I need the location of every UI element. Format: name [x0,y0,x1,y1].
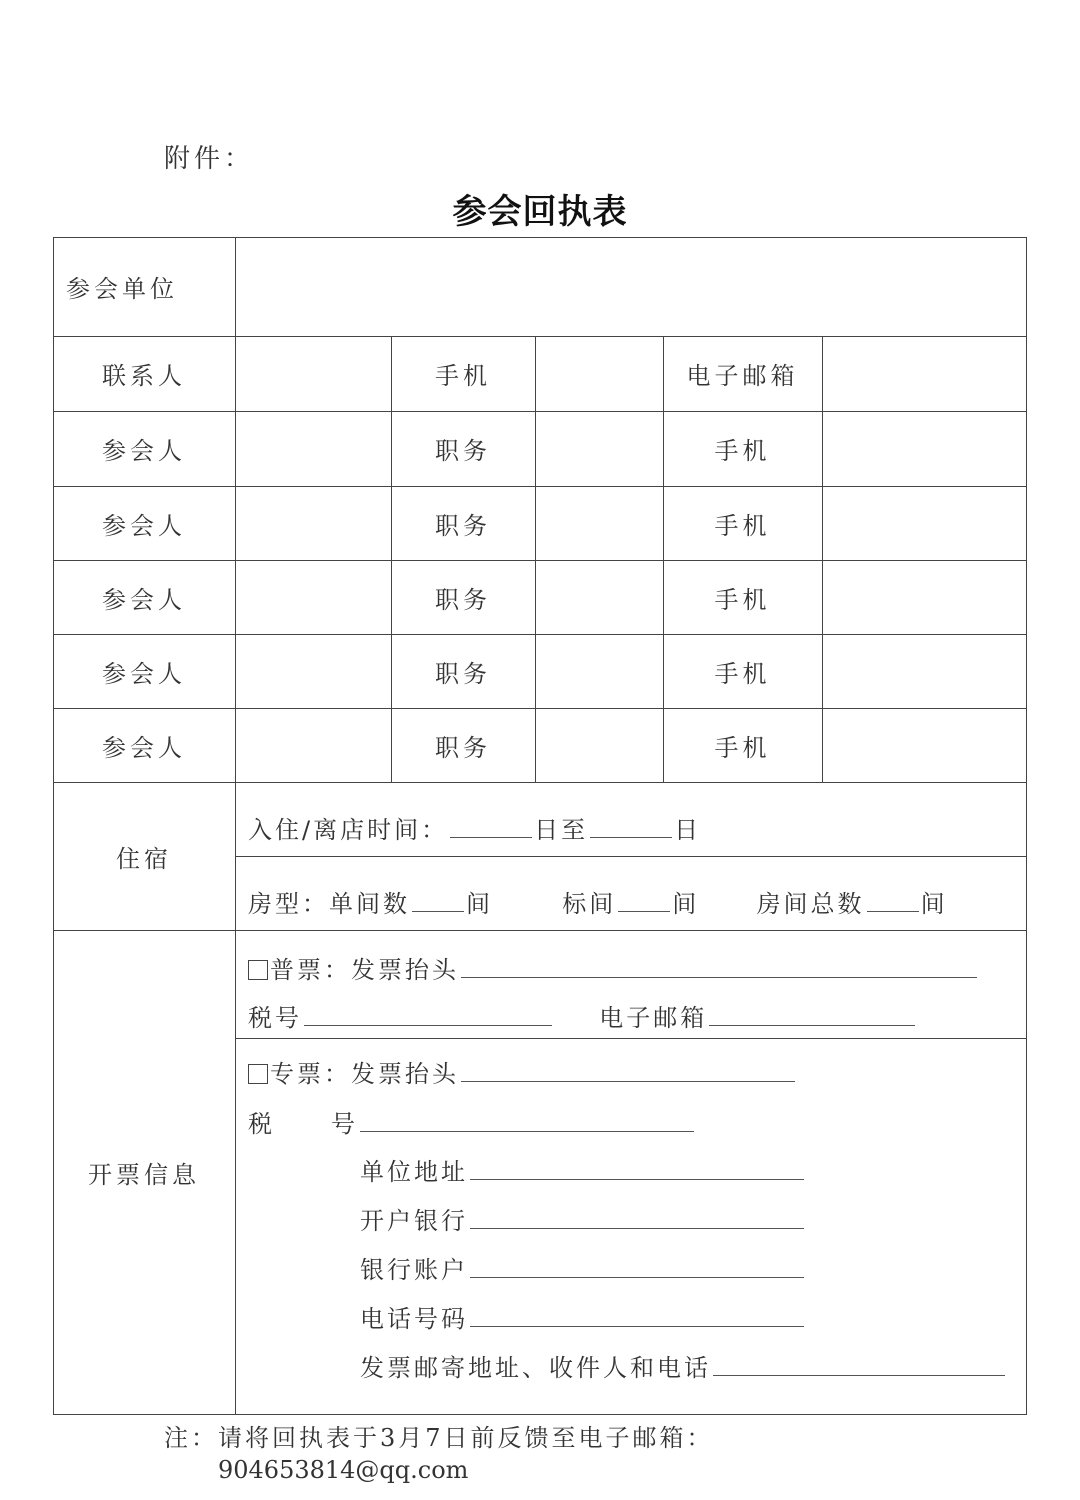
normal-email-input[interactable] [709,1003,915,1026]
account-line: 银行账户 [360,1250,806,1285]
phone-label: 手机 [663,708,822,782]
attendee-label: 参会人 [53,411,235,486]
normal-tax-input[interactable] [304,1003,552,1026]
special-tax-label-2: 号 [331,1110,358,1138]
position-label: 职务 [391,634,535,708]
phone-label: 手机 [663,560,822,634]
standard-rooms-input[interactable] [618,889,670,912]
special-invoice-line: 专票：发票抬头 [248,1054,797,1089]
attendee-label: 参会人 [53,486,235,560]
invoice-label: 开票信息 [53,930,235,1415]
phone-label: 手机 [663,486,822,560]
checkin-label: 入住/离店时间： [248,816,448,844]
total-rooms-input[interactable] [867,889,919,912]
invoice-phone-input[interactable] [470,1304,804,1327]
position-label: 职务 [391,560,535,634]
account-label: 银行账户 [360,1256,468,1284]
address-label: 单位地址 [360,1158,468,1186]
position-label: 职务 [391,486,535,560]
single-rooms-input[interactable] [412,889,464,912]
day-from-label: 日至 [534,816,588,844]
contact-phone-label: 手机 [391,336,535,411]
special-invoice-checkbox[interactable] [248,1064,268,1084]
checkout-day-input[interactable] [590,815,672,838]
attachment-label: 附件： [164,138,254,175]
lodging-label: 住宿 [53,782,235,930]
special-tax-label-1: 税 [248,1110,275,1138]
mail-input[interactable] [713,1353,1005,1376]
room-type-line: 房型：单间数间 标间间 房间总数间 [248,884,948,919]
position-label: 职务 [391,411,535,486]
row-divider [235,1038,1027,1039]
account-input[interactable] [470,1255,804,1278]
address-line: 单位地址 [360,1152,806,1187]
footer-email: 904653814@qq.com [218,1456,468,1484]
attendee-label: 参会人 [53,560,235,634]
room-unit: 间 [466,890,493,918]
contact-email-label: 电子邮箱 [663,336,822,411]
room-unit: 间 [672,890,699,918]
unit-input[interactable] [236,237,1026,336]
room-type-label: 房型：单间数 [248,890,410,918]
page-title: 参会回执表 [0,184,1080,233]
phone-line: 电话号码 [360,1299,806,1334]
mail-line: 发票邮寄地址、收件人和电话 [360,1348,1007,1383]
position-label: 职务 [391,708,535,782]
invoice-phone-label: 电话号码 [360,1305,468,1333]
normal-email-label: 电子邮箱 [599,1004,707,1032]
standard-label: 标间 [562,890,616,918]
unit-label: 参会单位 [66,237,235,336]
phone-label: 手机 [663,634,822,708]
bank-line: 开户银行 [360,1201,806,1236]
attendee-label: 参会人 [53,708,235,782]
special-tax-line: 税号 [248,1104,696,1139]
col-divider [235,237,236,1415]
normal-invoice-label: 普票：发票抬头 [270,956,459,984]
mail-label: 发票邮寄地址、收件人和电话 [360,1354,711,1382]
normal-invoice-line: 普票：发票抬头 [248,950,979,985]
contact-name-input[interactable] [236,336,391,411]
footer-note: 注：请将回执表于3月7日前反馈至电子邮箱： [164,1418,714,1453]
special-tax-input[interactable] [360,1109,694,1132]
contact-email-input[interactable] [823,336,1026,411]
contact-phone-input[interactable] [536,336,663,411]
day-to-label: 日 [674,816,701,844]
normal-tax-line: 税号 电子邮箱 [248,998,917,1033]
total-label: 房间总数 [757,890,865,918]
normal-invoice-checkbox[interactable] [248,960,268,980]
bank-input[interactable] [470,1206,804,1229]
special-title-input[interactable] [461,1059,795,1082]
contact-label: 联系人 [53,336,235,411]
phone-label: 手机 [663,411,822,486]
checkin-line: 入住/离店时间：日至日 [248,810,701,845]
bank-label: 开户银行 [360,1207,468,1235]
row-divider [235,856,1027,857]
room-unit: 间 [921,890,948,918]
checkin-day-input[interactable] [450,815,532,838]
address-input[interactable] [470,1157,804,1180]
normal-tax-label: 税号 [248,1004,302,1032]
special-invoice-label: 专票：发票抬头 [270,1060,459,1088]
normal-title-input[interactable] [461,955,977,978]
attendee-label: 参会人 [53,634,235,708]
